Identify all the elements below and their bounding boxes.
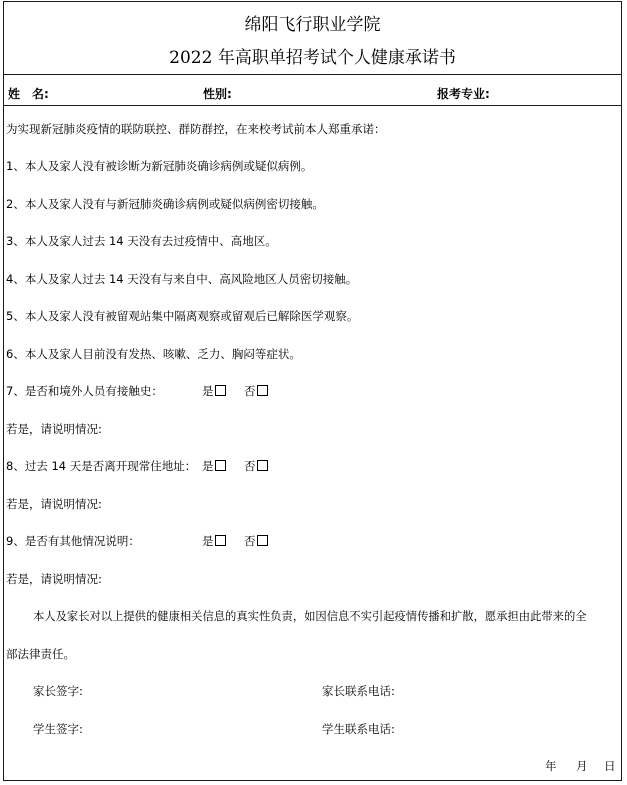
gender-field-label: 性别: xyxy=(203,85,232,102)
divider xyxy=(4,74,621,75)
checkbox-square-icon xyxy=(257,535,268,546)
parent-signature-label: 家长签字: xyxy=(33,683,83,699)
date-year-label: 年 xyxy=(545,758,557,774)
pledge-item-1: 1、本人及家人没有被诊断为新冠肺炎确诊病例或疑似病例。 xyxy=(6,158,312,174)
yes-label: 是 xyxy=(202,459,214,473)
question-9: 9、是否有其他情况说明： xyxy=(6,533,140,549)
q7-explain-label: 若是，请说明情况: xyxy=(6,421,102,437)
q9-yes-checkbox[interactable]: 是 xyxy=(202,533,226,549)
yes-label: 是 xyxy=(202,384,214,398)
parent-phone-label: 家长联系电话: xyxy=(322,683,395,699)
no-label: 否 xyxy=(244,534,256,548)
date-month-label: 月 xyxy=(576,758,588,774)
student-phone-label: 学生联系电话: xyxy=(322,721,395,737)
question-8: 8、过去 14 天是否离开现常住地址： xyxy=(6,458,196,474)
q8-no-checkbox[interactable]: 否 xyxy=(244,458,268,474)
school-name: 绵阳飞行职业学院 xyxy=(4,10,621,35)
no-label: 否 xyxy=(244,384,256,398)
q9-no-checkbox[interactable]: 否 xyxy=(244,533,268,549)
pledge-item-3: 3、本人及家人过去 14 天没有去过疫情中、高地区。 xyxy=(6,233,277,249)
yes-label: 是 xyxy=(202,534,214,548)
intro-text: 为实现新冠肺炎疫情的联防联控、群防群控，在来校考试前本人郑重承诺： xyxy=(6,121,386,137)
q8-yes-checkbox[interactable]: 是 xyxy=(202,458,226,474)
pledge-item-2: 2、本人及家人没有与新冠肺炎确诊病例或疑似病例密切接触。 xyxy=(6,196,324,212)
divider xyxy=(4,105,621,106)
checkbox-square-icon xyxy=(215,535,226,546)
pledge-item-6: 6、本人及家人目前没有发热、咳嗽、乏力、胸闷等症状。 xyxy=(6,346,301,362)
checkbox-square-icon xyxy=(257,385,268,396)
checkbox-square-icon xyxy=(257,460,268,471)
q9-explain-label: 若是，请说明情况: xyxy=(6,571,102,587)
form-title: 2022 年高职单招考试个人健康承诺书 xyxy=(4,43,621,68)
q7-yes-checkbox[interactable]: 是 xyxy=(202,383,226,399)
date-day-label: 日 xyxy=(604,758,616,774)
q7-no-checkbox[interactable]: 否 xyxy=(244,383,268,399)
no-label: 否 xyxy=(244,459,256,473)
checkbox-square-icon xyxy=(215,385,226,396)
student-signature-label: 学生签字: xyxy=(33,721,83,737)
name-field-label: 姓 名: xyxy=(8,85,49,102)
checkbox-square-icon xyxy=(215,460,226,471)
pledge-item-5: 5、本人及家人没有被留观站集中隔离观察或留观后已解除医学观察。 xyxy=(6,308,358,324)
pledge-item-4: 4、本人及家人过去 14 天没有与来自中、高风险地区人员密切接触。 xyxy=(6,271,357,287)
question-7: 7、是否和境外人员有接触史： xyxy=(6,383,163,399)
q8-explain-label: 若是，请说明情况: xyxy=(6,496,102,512)
major-field-label: 报考专业: xyxy=(437,85,490,102)
declaration-line-2: 部法律责任。 xyxy=(6,646,75,662)
declaration-line-1: 本人及家长对以上提供的健康相关信息的真实性负责，如因信息不实引起疫情传播和扩散，… xyxy=(33,608,587,624)
